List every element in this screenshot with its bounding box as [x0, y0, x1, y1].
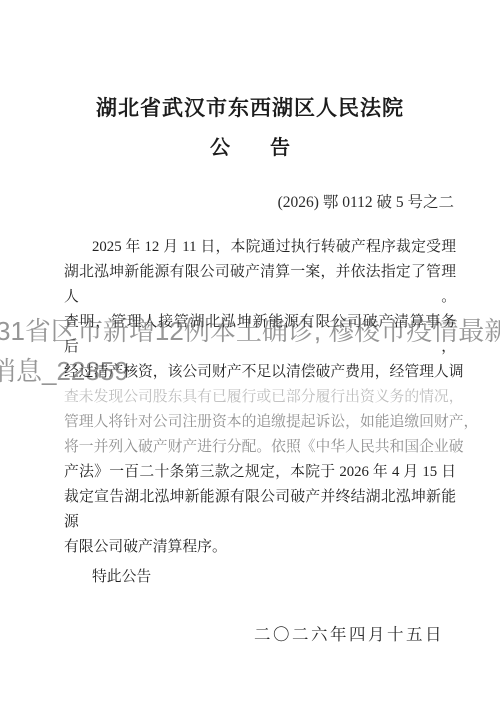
court-name: 湖北省武汉市东西湖区人民法院 — [0, 0, 500, 122]
notice-body: 2025 年 12 月 11 日，本院通过执行转破产程序裁定受理 湖北泓坤新能源… — [64, 235, 456, 590]
notice-title: 公 告 — [0, 131, 500, 160]
screenshot-root: 湖北省武汉市东西湖区人民法院 公 告 (2026) 鄂 0112 破 5 号之二… — [0, 0, 500, 707]
body-line-faded: 管理人将针对公司注册资本的追缴提起诉讼，如能追缴回财产， — [64, 410, 456, 435]
body-line: 有限公司破产清算程序。 — [64, 535, 456, 560]
body-line: 湖北泓坤新能源有限公司破产清算一案，并依法指定了管理人。 — [64, 260, 456, 310]
body-line: 裁定宣告湖北泓坤新能源有限公司破产并终结湖北泓坤新能源 — [64, 485, 456, 535]
body-line-faded: 查未发现公司股东具有已履行或已部分履行出资义务的情况， — [64, 385, 456, 410]
body-line: 产法》一百二十条第三款之规定，本院于 2026 年 4 月 15 日 — [64, 460, 456, 485]
body-line: 查明，管理人接管湖北泓坤新能源有限公司破产清算事务后， — [64, 310, 456, 360]
body-line-faded: 将一并列入破产财产进行分配。依照《中华人民共和国企业破 — [64, 435, 456, 460]
body-line: 经过清产核资，该公司财产不足以清偿破产费用，经管理人调 — [64, 360, 456, 385]
notice-date: 二〇二六年四月十五日 — [0, 621, 500, 645]
court-notice-document: 湖北省武汉市东西湖区人民法院 公 告 (2026) 鄂 0112 破 5 号之二… — [0, 0, 500, 707]
closing-line: 特此公告 — [64, 565, 456, 590]
body-line: 2025 年 12 月 11 日，本院通过执行转破产程序裁定受理 — [64, 235, 456, 260]
case-number: (2026) 鄂 0112 破 5 号之二 — [0, 190, 500, 212]
